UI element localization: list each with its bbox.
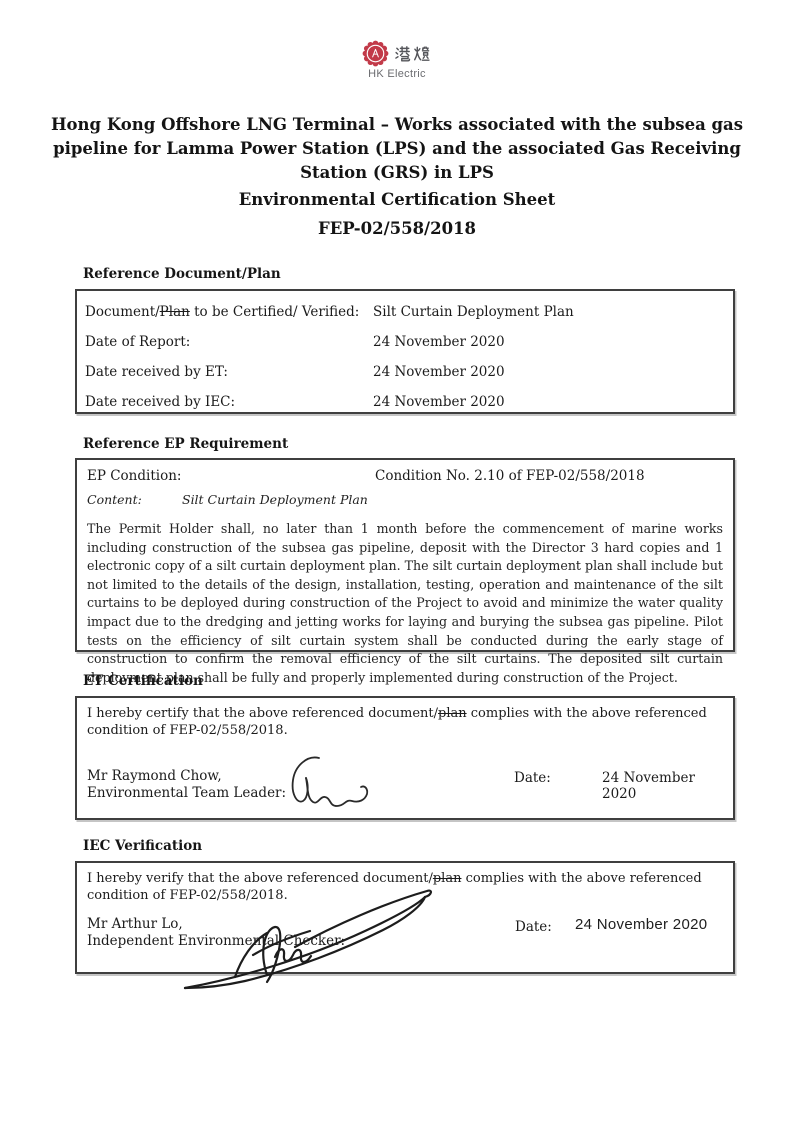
table-row: Date received by IEC: 24 November 2020 xyxy=(77,387,733,417)
table-row: Date of Report: 24 November 2020 xyxy=(77,327,733,357)
table-row: Document/Plan to be Certified/ Verified:… xyxy=(77,297,733,327)
content-label: Content: xyxy=(87,492,182,507)
iec-date-value: 24 November 2020 xyxy=(575,916,707,933)
et-signatory: Mr Raymond Chow, Environmental Team Lead… xyxy=(87,768,286,802)
ep-condition-paragraph: The Permit Holder shall, no later than 1… xyxy=(87,520,723,687)
iec-signature-icon xyxy=(175,885,440,990)
date-received-et-value: 24 November 2020 xyxy=(373,364,733,380)
et-signatory-title: Environmental Team Leader: xyxy=(87,785,286,802)
iec-date-label: Date: xyxy=(515,919,552,935)
ep-condition-label: EP Condition: xyxy=(87,468,375,484)
et-certification-box: I hereby certify that the above referenc… xyxy=(75,696,735,820)
iec-verification-heading: IEC Verification xyxy=(83,838,202,854)
et-date-value: 24 November 2020 xyxy=(602,770,733,802)
permit-reference-number: FEP-02/558/2018 xyxy=(0,217,794,241)
reference-document-table: Document/Plan to be Certified/ Verified:… xyxy=(75,289,735,414)
reference-ep-box: EP Condition: Condition No. 2.10 of FEP-… xyxy=(75,458,735,652)
certification-sheet-page: 港燈 HK Electri xyxy=(0,0,794,1123)
hk-electric-logo: 港燈 HK Electri xyxy=(0,40,794,80)
ep-condition-value: Condition No. 2.10 of FEP-02/558/2018 xyxy=(375,468,723,484)
document-title: Hong Kong Offshore LNG Terminal – Works … xyxy=(0,113,794,241)
date-of-report-label: Date of Report: xyxy=(85,334,373,350)
et-signatory-name: Mr Raymond Chow, xyxy=(87,768,286,785)
document-to-be-certified-label: Document/Plan to be Certified/ Verified: xyxy=(85,304,373,320)
content-value: Silt Curtain Deployment Plan xyxy=(182,492,723,507)
reference-ep-heading: Reference EP Requirement xyxy=(83,436,288,452)
date-received-et-label: Date received by ET: xyxy=(85,364,373,380)
struck-word-plan: Plan xyxy=(160,304,190,320)
hk-electric-seal-icon xyxy=(362,40,389,67)
ep-condition-row: EP Condition: Condition No. 2.10 of FEP-… xyxy=(87,468,723,484)
ep-content-row: Content: Silt Curtain Deployment Plan xyxy=(87,492,723,507)
et-signature-icon xyxy=(277,754,377,809)
hk-electric-chinese-name-icon: 港燈 xyxy=(394,44,432,63)
title-line-1: Hong Kong Offshore LNG Terminal – Works … xyxy=(0,113,794,137)
table-row: Date received by ET: 24 November 2020 xyxy=(77,357,733,387)
date-received-iec-value: 24 November 2020 xyxy=(373,394,733,410)
et-certification-statement: I hereby certify that the above referenc… xyxy=(87,706,719,739)
et-certification-heading: ET Certification xyxy=(83,673,203,689)
logo-english-text: HK Electric xyxy=(368,68,426,80)
title-line-3: Station (GRS) in LPS xyxy=(0,161,794,185)
date-of-report-value: 24 November 2020 xyxy=(373,334,733,350)
document-subtitle: Environmental Certification Sheet xyxy=(0,188,794,212)
date-received-iec-label: Date received by IEC: xyxy=(85,394,373,410)
title-line-2: pipeline for Lamma Power Station (LPS) a… xyxy=(0,137,794,161)
struck-word-plan: plan xyxy=(438,706,467,721)
et-date-label: Date: xyxy=(514,770,551,786)
struck-word-plan: plan xyxy=(433,871,462,886)
document-to-be-certified-value: Silt Curtain Deployment Plan xyxy=(373,304,733,320)
reference-document-heading: Reference Document/Plan xyxy=(83,266,281,282)
